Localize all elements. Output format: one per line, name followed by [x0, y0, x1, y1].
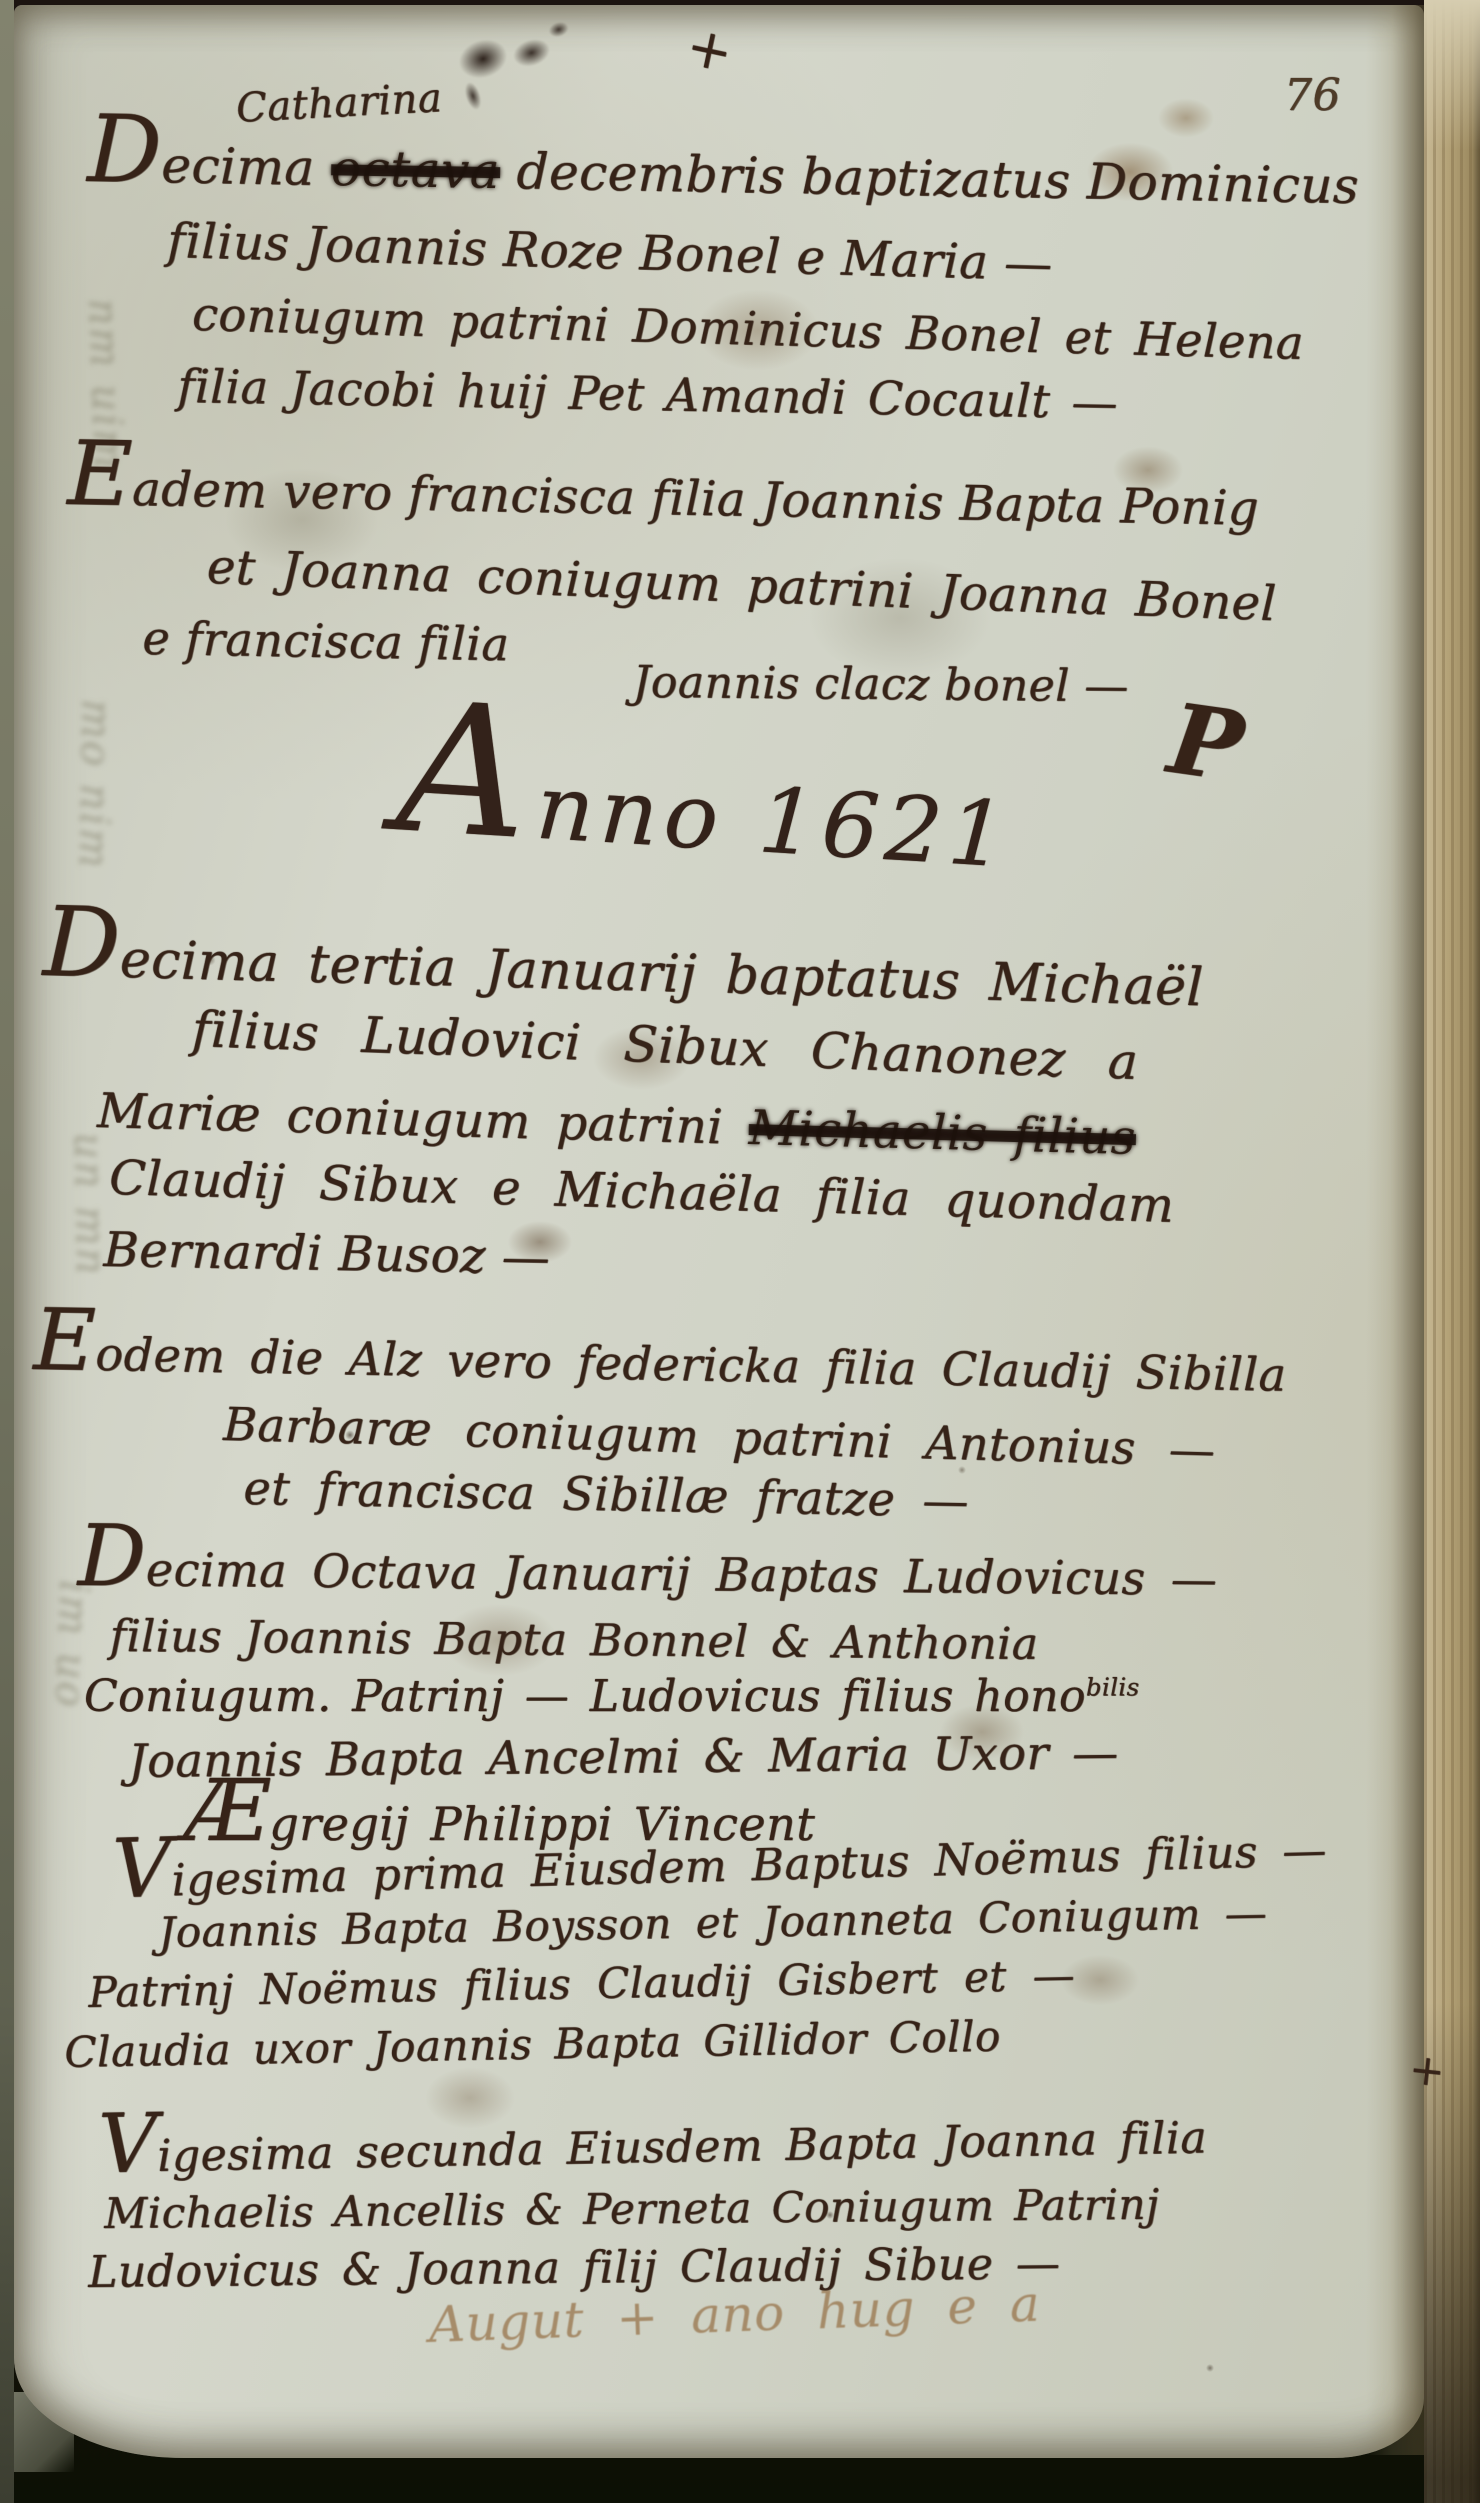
page-number: 76: [1284, 70, 1341, 121]
photo-background: nm uim mo nim un mn im uo + 76 Catharina…: [0, 0, 1480, 2503]
manuscript-line: Decima Octava Januarij Baptas Ludovicus …: [77, 1534, 1217, 1606]
manuscript-line: Michaelis Ancellis & Perneta Coniugum Pa…: [104, 2180, 1160, 2238]
cross-mark-margin: +: [1407, 2044, 1448, 2096]
heading-initial: A: [394, 687, 534, 857]
manuscript-line: Coniugum. Patrinj — Ludovicus filius hon…: [84, 1671, 1140, 1722]
struck-word: octava: [331, 139, 501, 200]
manuscript-line: filius Joannis Bapta Bonnel & Anthonia: [110, 1611, 1039, 1670]
page-stack-edge: [1424, 0, 1480, 2503]
line-text: Decima: [87, 135, 332, 197]
superscript-text: bilis: [1086, 1673, 1140, 1701]
binding-edge: [0, 0, 14, 2503]
struck-words: Michaelis filius: [748, 1100, 1137, 1166]
manuscript-line: Joannis Bapta Ancelmi & Maria Uxor —: [128, 1725, 1119, 1788]
manuscript-line: Joannis clacz bonel —: [633, 657, 1129, 712]
manuscript-line: Bernardi Busoz —: [103, 1222, 551, 1286]
manuscript-line: e francisca filia: [142, 611, 510, 671]
line-text: Coniugum. Patrinj — Ludovicus filius hon…: [84, 1671, 1086, 1722]
paraph-mark: P: [1162, 682, 1250, 804]
verso-show-through: mo nim: [69, 699, 121, 871]
